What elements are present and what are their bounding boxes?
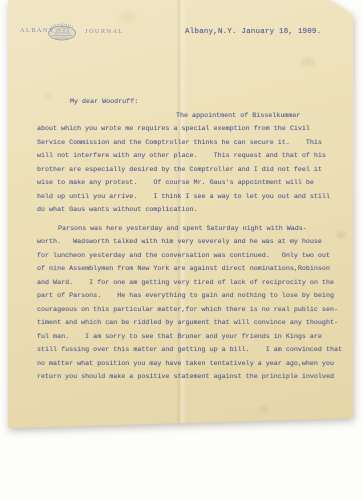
letter-line: Service Commission and the Comptroller t… bbox=[37, 137, 342, 151]
letter-line: of nine Assemblymen from New York are ag… bbox=[37, 263, 342, 277]
letter-line: held up until you arrive. I think I see … bbox=[37, 191, 342, 205]
letter-line: courageous on this particular matter,for… bbox=[37, 304, 342, 318]
letter-line: do what Gaus wants without complication. bbox=[37, 204, 342, 218]
letterhead-emblem-icon bbox=[42, 20, 82, 42]
letter-body: My dear Woodruff: The appointment of Bis… bbox=[37, 96, 342, 385]
paper-shadow-wrap: ALBANY JOURNAL Albany,N.Y. January 18, 1… bbox=[8, 0, 353, 428]
letter-line: no matter what position you may have tak… bbox=[37, 358, 342, 372]
letter-line: will not interfere with any other place.… bbox=[37, 150, 342, 164]
masthead-journal: JOURNAL bbox=[85, 28, 124, 35]
scanned-letter: ALBANY JOURNAL Albany,N.Y. January 18, 1… bbox=[0, 0, 363, 500]
letter-line: The appointment of Bisselkummer bbox=[37, 110, 342, 124]
letter-line: ful man. I am sorry to see that Bruner a… bbox=[37, 331, 342, 345]
letter-line: timent and which can be riddled by argum… bbox=[37, 317, 342, 331]
letter-line: Parsons was here yesterday and spent Sat… bbox=[37, 223, 342, 237]
letter-line: brother are especially desired by the Co… bbox=[37, 164, 342, 178]
letter-line: return you should make a positive statem… bbox=[37, 371, 342, 385]
letterhead: ALBANY JOURNAL Albany,N.Y. January 18, 1… bbox=[8, 0, 353, 50]
letter-line: part of Parsons. He has everything to ga… bbox=[37, 290, 342, 304]
letter-line: worth. Wadsworth talked with him very se… bbox=[37, 236, 342, 250]
letter-line: for luncheon yesterday and the conversat… bbox=[37, 250, 342, 264]
salutation: My dear Woodruff: bbox=[37, 96, 342, 110]
letter-line: and Ward. I for one am getting very tire… bbox=[37, 277, 342, 291]
letter-line: wise to make any protest. Of course Mr. … bbox=[37, 177, 342, 191]
letter-line: still fussing over this matter and getti… bbox=[37, 344, 342, 358]
letter-line: about which you wrote me requires a spec… bbox=[37, 123, 342, 137]
letter-paper: ALBANY JOURNAL Albany,N.Y. January 18, 1… bbox=[8, 0, 353, 428]
dateline: Albany,N.Y. January 18, 1909. bbox=[185, 28, 321, 36]
